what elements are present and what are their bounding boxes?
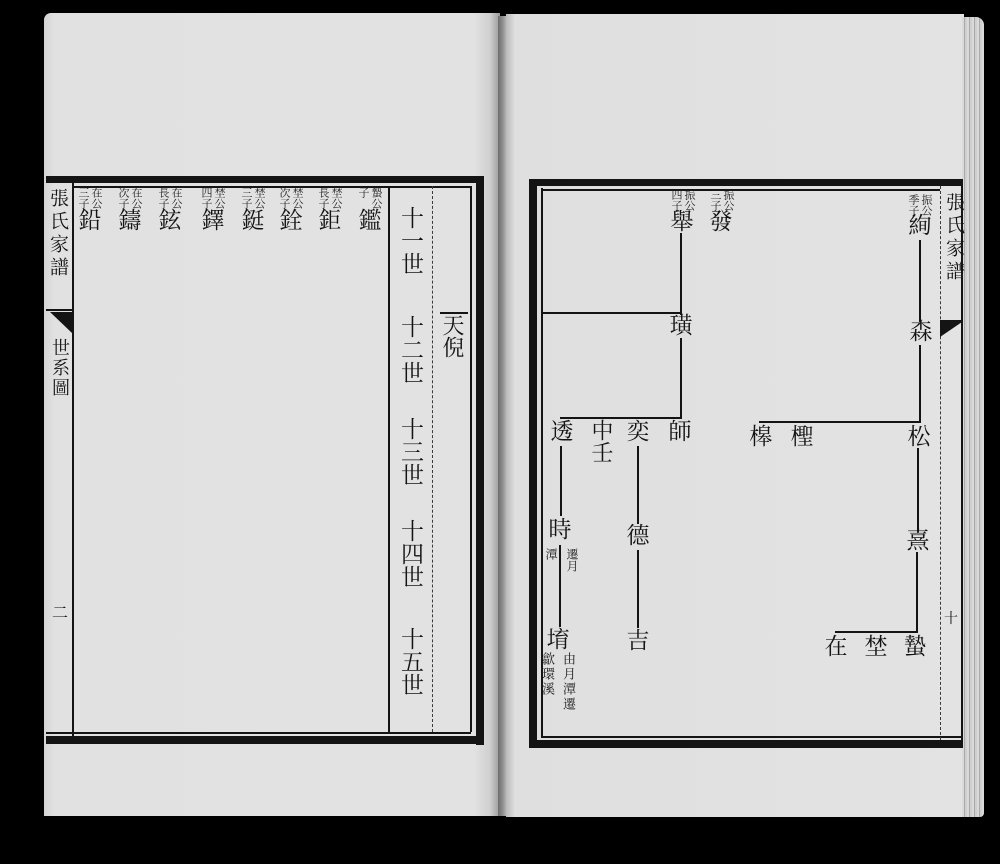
person-name: 時 (546, 516, 574, 544)
person-name: 森 (907, 318, 935, 346)
frame-inner-bottom-rule (541, 736, 962, 738)
lineage-line (919, 345, 921, 423)
person-name: 鐸 (199, 207, 227, 235)
left-margin-book-title: 張氏家譜 (47, 188, 69, 280)
frame-right-border (476, 176, 484, 745)
person-note: 埜公長子 (317, 187, 343, 209)
lineage-line (917, 448, 919, 532)
person-name: 松 (905, 423, 933, 451)
generation-label: 十二世 (397, 315, 423, 384)
person-note: 埜公四子 (200, 187, 226, 209)
generation-column-rule (388, 186, 390, 732)
person-note: 由月潭遷歙環溪 (536, 652, 578, 714)
lineage-line (680, 233, 682, 315)
frame-inner-right-rule (470, 186, 472, 732)
lineage-line (759, 421, 921, 423)
person-note: 在公長子 (157, 187, 183, 209)
left-page-number: 二 (52, 600, 68, 623)
person-note: 在公次子 (117, 187, 143, 209)
frame-bottom-border (46, 736, 484, 744)
page-edges (962, 17, 984, 817)
person-name: 蟄 (901, 633, 929, 661)
person-note: 遷月潭 (540, 548, 582, 574)
generation-label: 十一世 (397, 206, 423, 275)
person-name: 在 (822, 633, 850, 661)
margin-dashed-rule (940, 186, 941, 740)
person-name: 師 (666, 418, 694, 446)
person-name: 埜 (862, 633, 890, 661)
generation-column-dashed-rule (432, 186, 433, 732)
person-note: 在公三子 (77, 187, 103, 209)
lineage-line (919, 240, 921, 322)
lineage-line (916, 552, 918, 633)
lineage-line (680, 338, 682, 419)
person-name: 槔 (747, 423, 775, 451)
person-name: 堉 (544, 626, 572, 654)
frame-top-border (46, 176, 484, 183)
lineage-line (560, 417, 682, 419)
person-name: 鉛 (76, 207, 104, 235)
person-note: 蟄公子 (357, 187, 383, 209)
person-note: 埜公次子 (278, 187, 304, 209)
person-name: 舉 (668, 208, 696, 236)
lineage-line (637, 446, 639, 524)
person-name: 銓 (277, 207, 305, 235)
person-name: 中壬 (586, 419, 614, 463)
frame-bottom-border (529, 740, 962, 748)
right-page-number: 十 (944, 608, 958, 628)
person-name: 發 (707, 208, 735, 236)
frame-inner-bottom-rule (46, 732, 471, 734)
right-margin-book-title: 張氏家譜 (943, 192, 965, 284)
person-name: 鑑 (356, 207, 384, 235)
frame-top-border (530, 179, 962, 186)
left-margin-section: 世系圖 (48, 338, 70, 398)
person-name: 熹 (904, 527, 932, 555)
lineage-line (637, 550, 639, 628)
person-name: 鑄 (116, 207, 144, 235)
generation-label: 十五世 (397, 627, 423, 696)
generation-label: 十四世 (397, 519, 423, 588)
person-name: 鋌 (239, 207, 267, 235)
left-fishtail-rule (46, 309, 72, 311)
person-name: 吉 (624, 627, 652, 655)
side-label: 天倪 (437, 314, 465, 358)
person-name: 絢 (906, 212, 934, 240)
frame-inner-top-rule (541, 189, 940, 191)
person-name: 透 (548, 418, 576, 446)
lineage-line (543, 312, 682, 314)
person-name: 奕 (624, 418, 652, 446)
right-fishtail-rule (940, 320, 962, 322)
lineage-line (560, 446, 562, 516)
person-name: 鉉 (156, 207, 184, 235)
person-name: 檉 (788, 423, 816, 451)
person-name: 璜 (667, 312, 695, 340)
margin-rule (72, 183, 74, 736)
person-name: 鉅 (316, 207, 344, 235)
person-name: 德 (624, 522, 652, 550)
person-note: 埜公三子 (240, 187, 266, 209)
generation-label: 十三世 (397, 417, 423, 486)
